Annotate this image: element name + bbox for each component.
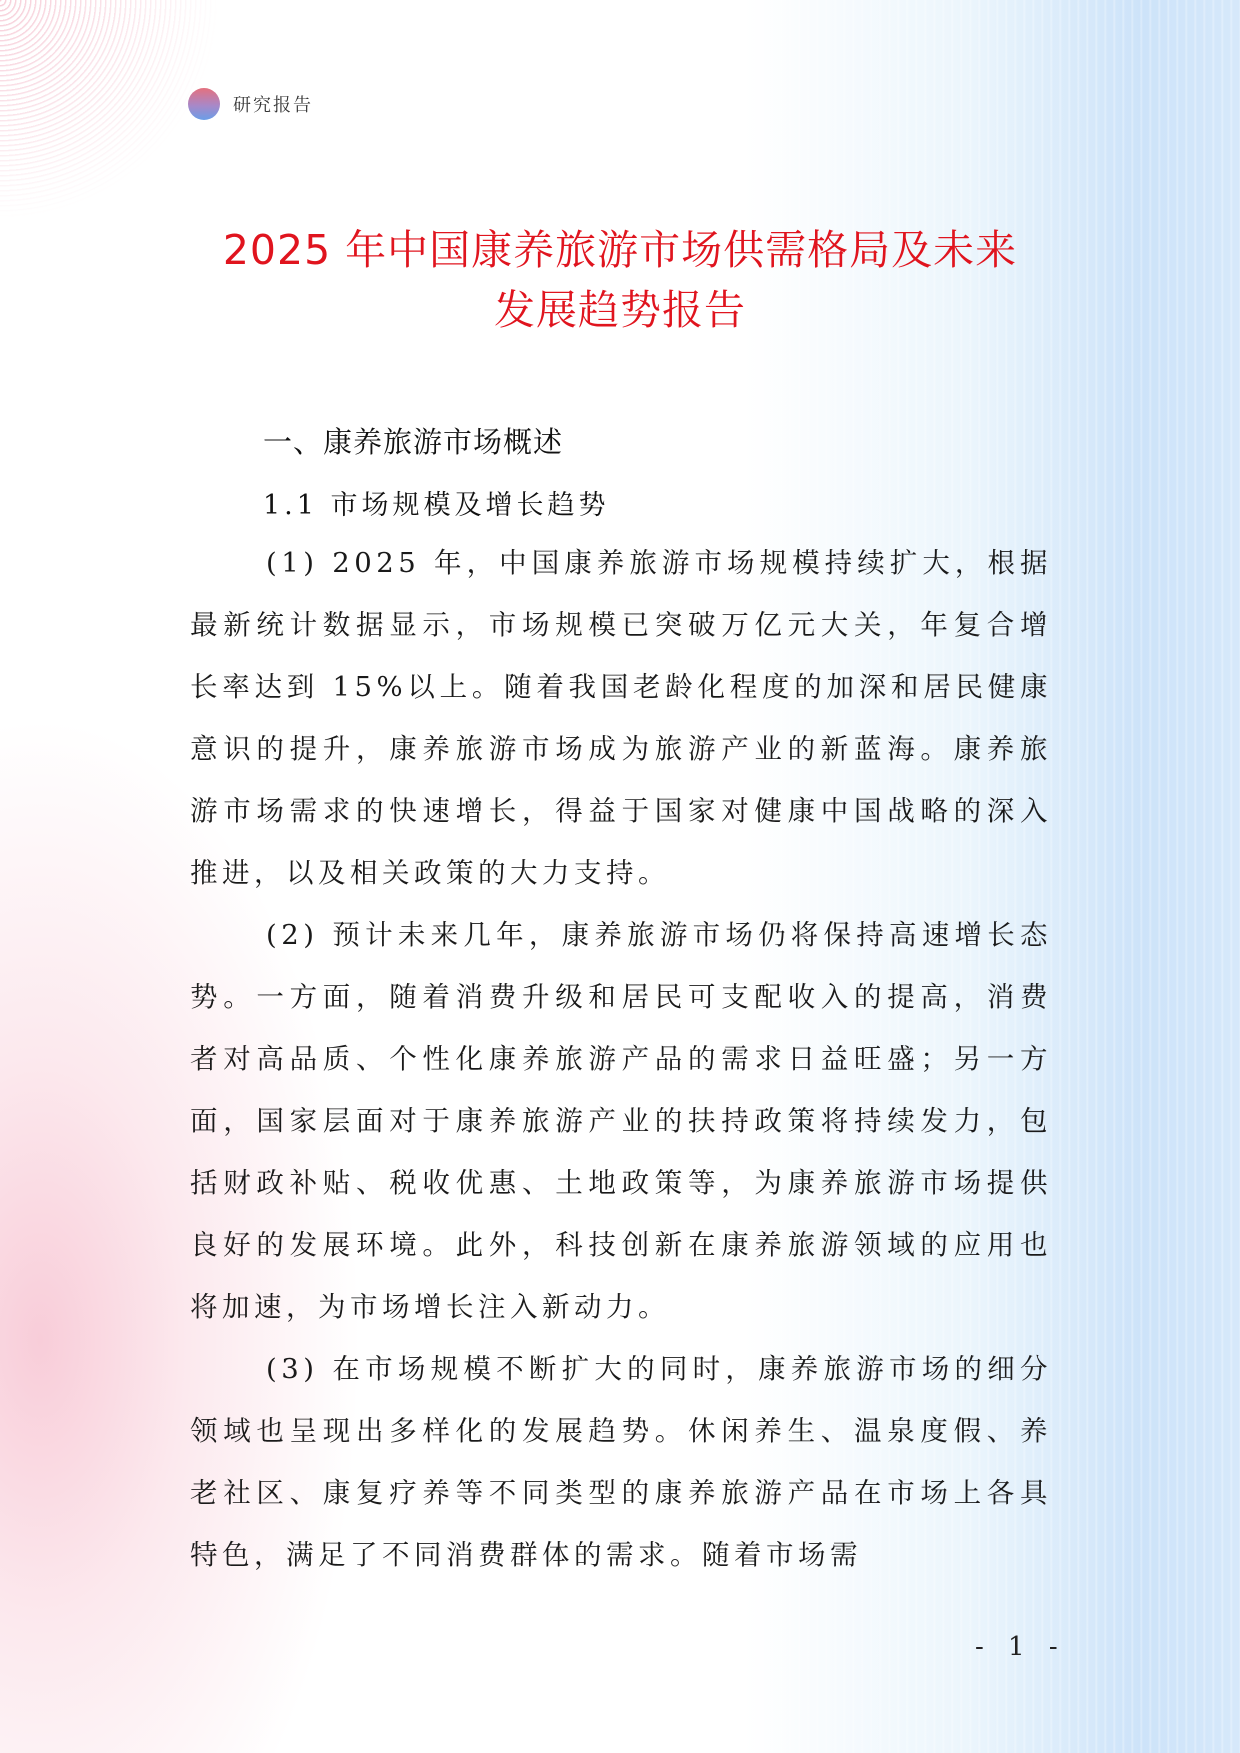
- gradient-circle-icon: [188, 88, 220, 120]
- document-title: 2025 年中国康养旅游市场供需格局及未来 发展趋势报告: [150, 220, 1090, 340]
- body-paragraph: (1) 2025 年，中国康养旅游市场规模持续扩大，根据最新统计数据显示，市场规…: [190, 532, 1052, 904]
- page-number: - 1 -: [975, 1632, 1066, 1662]
- body-paragraph-1-container: (1) 2025 年，中国康养旅游市场规模持续扩大，根据最新统计数据显示，市场规…: [190, 532, 1052, 904]
- section-heading: 一、康养旅游市场概述: [263, 420, 563, 461]
- document-title-line2: 发展趋势报告: [150, 280, 1090, 340]
- body-paragraph: (2) 预计未来几年，康养旅游市场仍将保持高速增长态势。一方面，随着消费升级和居…: [190, 904, 1052, 1338]
- report-type-tag: 研究报告: [188, 88, 313, 120]
- body-paragraph-2-container: (2) 预计未来几年，康养旅游市场仍将保持高速增长态势。一方面，随着消费升级和居…: [190, 904, 1052, 1338]
- background-dotted-rays: [0, 0, 260, 240]
- document-title-line1: 2025 年中国康养旅游市场供需格局及未来: [150, 220, 1090, 280]
- report-type-label: 研究报告: [233, 91, 313, 117]
- subsection-heading: 1.1 市场规模及增长趋势: [263, 483, 610, 522]
- body-paragraph: (3) 在市场规模不断扩大的同时，康养旅游市场的细分领域也呈现出多样化的发展趋势…: [190, 1338, 1052, 1586]
- body-paragraph-3-container: (3) 在市场规模不断扩大的同时，康养旅游市场的细分领域也呈现出多样化的发展趋势…: [190, 1338, 1052, 1586]
